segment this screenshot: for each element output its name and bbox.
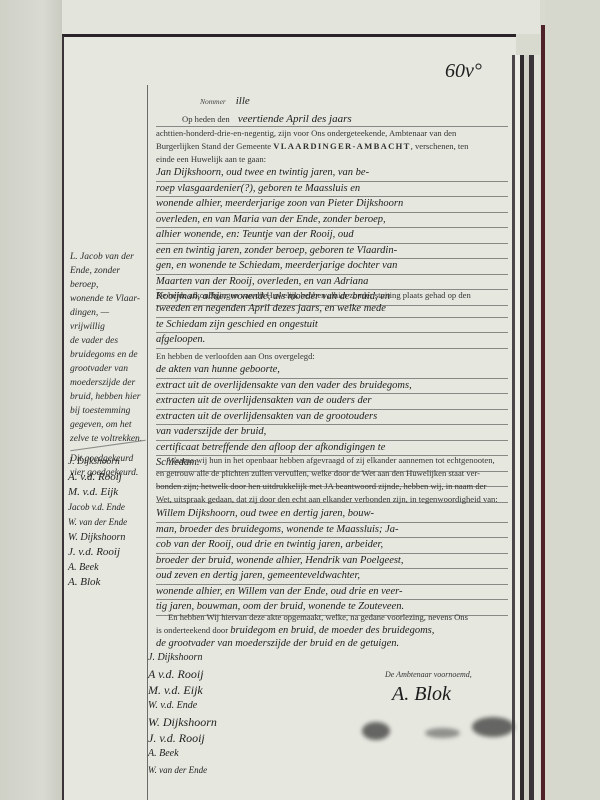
banns-line: tweeden en negenden April dezes jaars, e… [156,302,508,318]
witness-line: oud zeven en dertig jaren, gemeenteveldw… [156,569,508,585]
opening-line-4: einde een Huwelijk aan te gaan: [156,153,508,166]
signature: J. Dijkshoorn [148,650,298,666]
document-line: de akten van hunne geboorte, [156,363,508,379]
page-top-strip [62,0,540,34]
parties-line: alhier wonende, en: Teuntje van der Rooi… [156,228,508,244]
banns-section: tweeden en negenden April dezes jaars, e… [156,302,508,349]
witnesses-section: Willem Dijkshoorn, oud twee en dertig ja… [156,507,508,616]
margin-signatures: J. Dijkshoorn A. v.d. Rooij M. v.d. Eijk… [68,455,148,590]
banns-line: afgeloopen. [156,333,508,349]
signature: A v.d. Rooij [148,666,298,682]
documents-printed: En hebben de verloofden aan Ons overgele… [156,350,508,363]
signatures-list: J. Dijkshoorn A v.d. Rooij M. v.d. Eijk … [148,650,298,778]
parties-line: Jan Dijkshoorn, oud twee en twintig jare… [156,166,508,182]
marriage-date: veertiende April des jaars [238,113,352,125]
ink-smudge [472,717,514,737]
background-right [545,0,600,800]
signature: J. v.d. Rooij [148,730,298,746]
witness-line: man, broeder des bruidegoms, wonende te … [156,523,508,539]
closing-paragraph: En hebben Wij hiervan deze akte opgemaak… [156,611,508,650]
parties-line: overleden, en van Maria van der Ende, zo… [156,213,508,229]
parties-line: roep vlasgaardenier(?), geboren te Maass… [156,182,508,198]
witness-line: wonende alhier, en Willem van der Ende, … [156,585,508,601]
document-line: van vaderszijde der bruid, [156,425,508,441]
parties-line: een en twintig jaren, zonder beroep, geb… [156,244,508,260]
witness-line: cob van der Rooij, oud drie en twintig j… [156,538,508,554]
banns-printed: De beide afkondigingen van dit Huwelijk … [156,289,508,302]
closing-signers: bruidegom en bruid, de moeder des bruide… [230,625,434,636]
number-value: ille [236,95,250,107]
opening-line-3: Burgerlijken Stand der Gemeente VLAARDIN… [156,140,508,153]
opening-paragraph: Op heden den veertiende April des jaars … [156,113,508,166]
signature: M. v.d. Eijk [148,682,298,698]
document-line: extracten uit de overlijdensakten van de… [156,394,508,410]
record-number: Nommer ille [200,95,250,107]
banns-line: te Schiedam zijn geschied en ongestuit [156,318,508,334]
document-line: extracten uit de overlijdensakten van de… [156,410,508,426]
facing-page [0,0,62,800]
declaration-paragraph: Waarna wij hun in het openbaar hebben af… [156,454,508,506]
ink-smudge [425,728,460,738]
signature: W. van der Ende [148,762,298,778]
parties-line: Maarten van der Rooij, overleden, en van… [156,275,508,291]
folio-number: 60v° [445,60,482,83]
parties-section: Jan Dijkshoorn, oud twee en twintig jare… [156,166,508,306]
witness-line: Willem Dijkshoorn, oud twee en dertig ja… [156,507,508,523]
ambtenaar-label: De Ambtenaar voornoemd, [385,670,472,679]
parties-line: wonende alhier, meerderjarige zoon van P… [156,197,508,213]
signature: W. Dijkshoorn [148,714,298,730]
opening-line-2: achttien-honderd-drie-en-negentig, zijn … [156,127,508,140]
opening-prefix: Op heden den [182,114,230,124]
document-line: extract uit de overlijdensakte van den v… [156,379,508,395]
signature: A. Beek [148,746,298,762]
witness-line: broeder der bruid, wonende alhier, Hendr… [156,554,508,570]
ink-smudge [362,722,390,740]
parties-line: gen, en wonende te Schiedam, meerderjari… [156,259,508,275]
book-binding [512,55,540,800]
municipality-name: VLAARDINGER-AMBACHT [273,141,410,151]
book-cover-edge [541,25,545,800]
ambtenaar-signature: A. Blok [392,683,451,706]
signature: W. v.d. Ende [148,698,298,714]
number-label: Nommer [200,97,226,106]
